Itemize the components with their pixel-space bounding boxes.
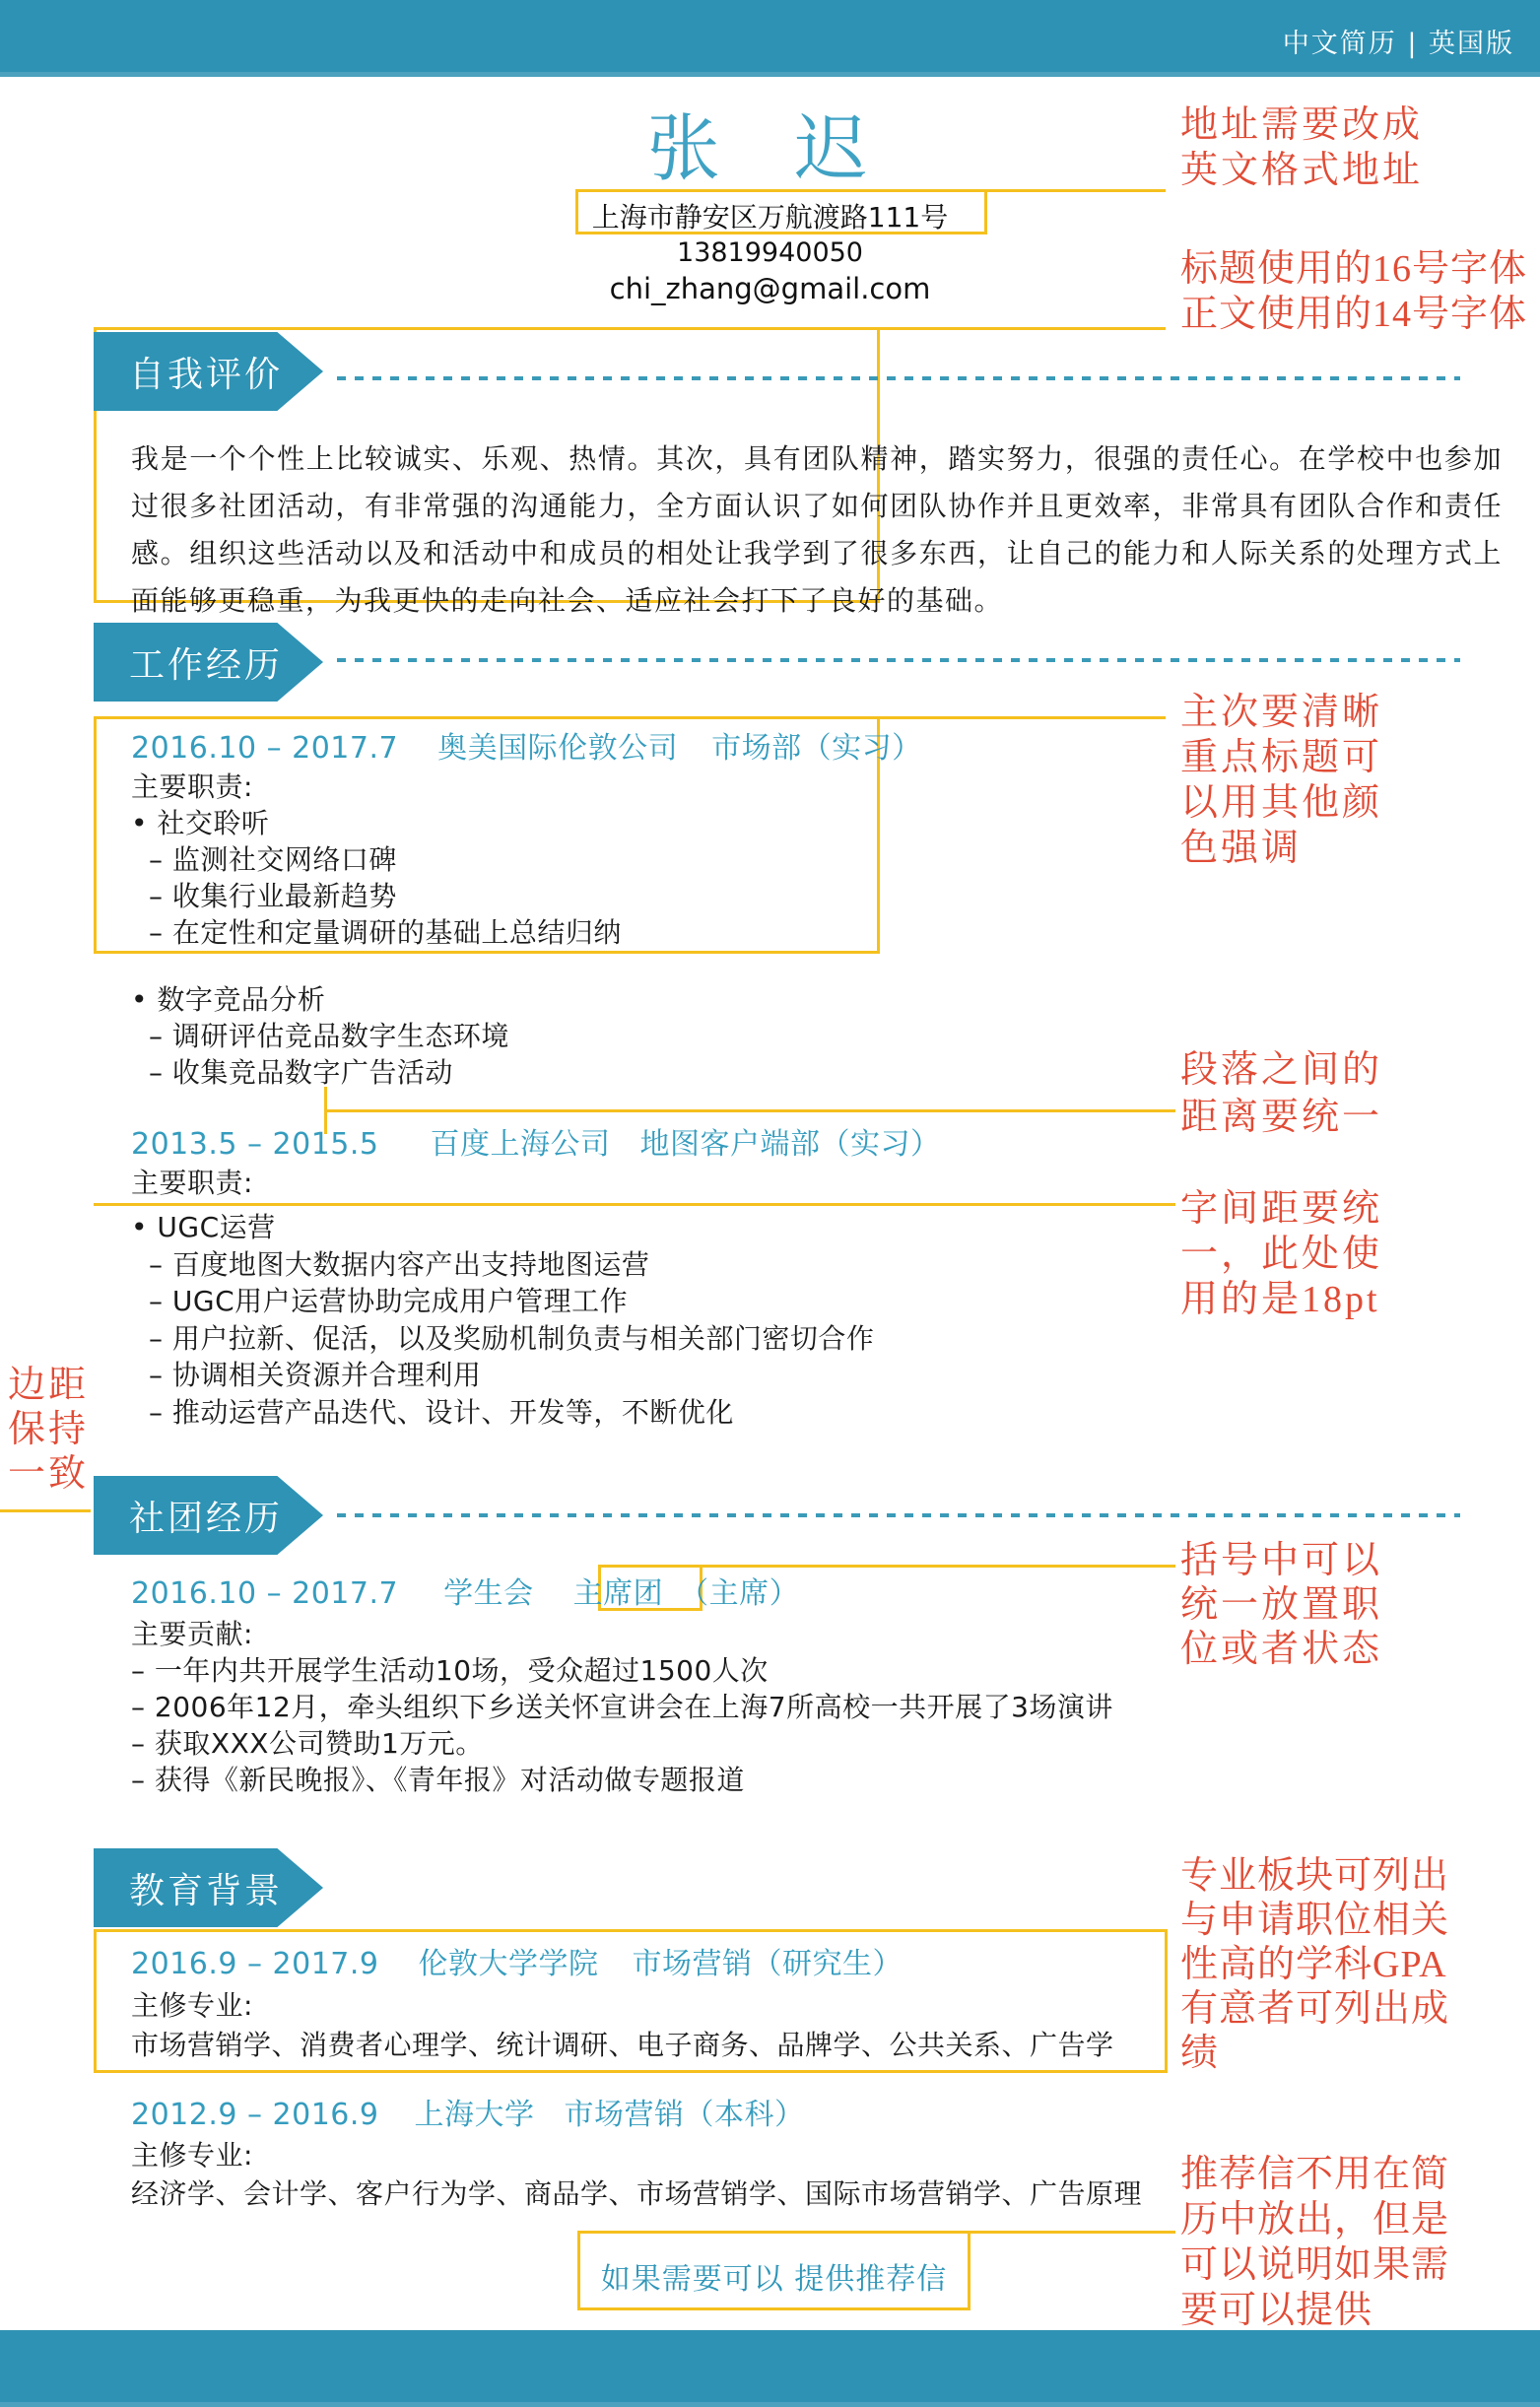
job2-sub-bullet: – UGC用户运营协助完成用户管理工作 xyxy=(131,1283,874,1320)
job2-sub-bullet: – 用户拉新、促活，以及奖励机制负责与相关部门密切合作 xyxy=(131,1320,874,1358)
job2-period: 2013.5 – 2015.5 xyxy=(131,1127,379,1162)
job1-sub-bullet: – 监测社交网络口碑 xyxy=(131,841,922,878)
edu1-major: 市场营销（研究生） xyxy=(633,1947,904,1981)
margin-note-connector xyxy=(0,1509,91,1512)
section-title: 教育背景 xyxy=(94,1863,283,1913)
banner-label: 中文简历 | 英国版 xyxy=(1283,22,1514,60)
job1-heading: 2016.10 – 2017.7奥美国际伦敦公司市场部（实习） xyxy=(131,729,922,769)
job1-block: 2016.10 – 2017.7奥美国际伦敦公司市场部（实习） 主要职责: • … xyxy=(131,729,922,951)
section-title: 社团经历 xyxy=(94,1491,283,1541)
reference-box-text: 如果需要可以 提供推荐信 xyxy=(577,2254,971,2298)
annotation-major: 专业板块可列出 与申请职位相关 性高的学科GPA 有意者可列出成 绩 xyxy=(1180,1854,1449,2076)
char-spacing-connector xyxy=(94,1203,1175,1206)
self-eval-body: 我是一个个性上比较诚实、乐观、热情。其次，具有团队精神，踏实努力，很强的责任心。… xyxy=(131,435,1503,625)
edu2-label: 主修专业: xyxy=(131,2136,1142,2175)
club-role: （主席） xyxy=(679,1576,799,1611)
job1-sub-bullet: – 在定性和定量调研的基础上总结归纳 xyxy=(131,914,922,951)
club-bullet: – 获得《新民晚报》、《青年报》对活动做专题报道 xyxy=(131,1762,1113,1798)
club-bullet: – 2006年12月，牵头组织下乡送关怀宣讲会在上海7所高校一共开展了3场演讲 xyxy=(131,1689,1113,1725)
section-header-self-eval: 自我评价 xyxy=(94,332,323,411)
edu2-courses: 经济学、会计学、客户行为学、商品学、市场营销学、国际市场营销学、广告原理 xyxy=(131,2175,1142,2213)
section-title: 自我评价 xyxy=(94,347,283,397)
job1-sub-bullet: – 收集竞品数字广告活动 xyxy=(131,1054,509,1091)
edu1-school: 伦敦大学学院 xyxy=(419,1947,599,1981)
address-line: 上海市静安区万航渡路111号 xyxy=(0,196,1540,235)
job1-bullet: • 数字竞品分析 xyxy=(131,981,509,1018)
self-eval-connector-line xyxy=(880,327,1166,330)
job1-sub-bullet: – 收集行业最新趋势 xyxy=(131,878,922,914)
job2-sub-bullet: – 百度地图大数据内容产出支持地图运营 xyxy=(131,1246,874,1284)
edu1-courses: 市场营销学、消费者心理学、统计调研、电子商务、品牌学、公共关系、广告学 xyxy=(131,2026,1114,2065)
job2-bullets: • UGC运营 – 百度地图大数据内容产出支持地图运营 – UGC用户运营协助完… xyxy=(131,1209,874,1431)
annotation-paragraph-spacing: 段落之间的 距离要统一 xyxy=(1180,1046,1382,1141)
section-header-work: 工作经历 xyxy=(94,623,323,702)
job2-sub-bullet: – 协调相关资源并合理利用 xyxy=(131,1357,874,1394)
club-heading: 2016.10 – 2017.7学生会主席团（主席） xyxy=(131,1572,1113,1616)
annotation-bracket: 括号中可以 统一放置职 位或者状态 xyxy=(1180,1539,1382,1672)
job2-block: 2013.5 – 2015.5百度上海公司地图客户端部（实习） 主要职责: xyxy=(131,1125,941,1201)
club-team: 主席团 xyxy=(573,1576,664,1611)
edu2-block: 2012.9 – 2016.9上海大学市场营销（本科） 主修专业: 经济学、会计… xyxy=(131,2095,1142,2213)
job1-label: 主要职责: xyxy=(131,769,922,805)
annotation-margin: 边距 保持 一致 xyxy=(8,1364,89,1497)
edu1-heading: 2016.9 – 2017.9伦敦大学学院市场营销（研究生） xyxy=(131,1943,1114,1986)
section-header-club: 社团经历 xyxy=(94,1476,323,1555)
club-block: 2016.10 – 2017.7学生会主席团（主席） 主要贡献: – 一年内共开… xyxy=(131,1572,1113,1798)
annotation-emphasis: 主次要清晰 重点标题可 以用其他颜 色强调 xyxy=(1180,690,1382,871)
paragraph-note-connector xyxy=(324,1109,1175,1112)
annotation-font-size: 标题使用的16号字体 正文使用的14号字体 xyxy=(1180,246,1527,337)
job2-heading: 2013.5 – 2015.5百度上海公司地图客户端部（实习） xyxy=(131,1125,941,1165)
edu2-period: 2012.9 – 2016.9 xyxy=(131,2098,379,2132)
address-connector-line xyxy=(985,189,1166,192)
top-banner-bar: 中文简历 | 英国版 xyxy=(0,0,1540,77)
job2-label: 主要职责: xyxy=(131,1165,941,1201)
job2-dept: 地图客户端部（实习） xyxy=(640,1127,941,1162)
club-bullet: – 获取XXX公司赞助1万元。 xyxy=(131,1725,1113,1762)
dashed-rule xyxy=(337,376,1460,380)
edu1-block: 2016.9 – 2017.9伦敦大学学院市场营销（研究生） 主修专业: 市场营… xyxy=(131,1943,1114,2065)
job2-bullet: • UGC运营 xyxy=(131,1209,874,1246)
section-title: 工作经历 xyxy=(94,637,283,688)
job1-dept: 市场部（实习） xyxy=(711,731,922,766)
job1-period: 2016.10 – 2017.7 xyxy=(131,731,398,766)
job1-company: 奥美国际伦敦公司 xyxy=(437,731,678,766)
job2-company: 百度上海公司 xyxy=(431,1127,611,1162)
edu2-major: 市场营销（本科） xyxy=(565,2098,805,2132)
annotation-reference: 推荐信不用在简 历中放出，但是 可以说明如果需 要可以提供 xyxy=(1180,2152,1449,2333)
club-bullet: – 一年内共开展学生活动10场，受众超过1500人次 xyxy=(131,1652,1113,1689)
job1-sub-bullet: – 调研评估竞品数字生态环境 xyxy=(131,1018,509,1054)
annotation-address: 地址需要改成 英文格式地址 xyxy=(1180,102,1423,193)
edu2-heading: 2012.9 – 2016.9上海大学市场营销（本科） xyxy=(131,2095,1142,2136)
resume-page: 中文简历 | 英国版 张 迟 上海市静安区万航渡路111号 1381994005… xyxy=(0,0,1540,2407)
club-period: 2016.10 – 2017.7 xyxy=(131,1576,398,1611)
job1-bullet: • 社交聆听 xyxy=(131,805,922,841)
job1-block2: • 数字竞品分析 – 调研评估竞品数字生态环境 – 收集竞品数字广告活动 xyxy=(131,981,509,1091)
bottom-banner-bar xyxy=(0,2330,1540,2407)
dashed-rule xyxy=(337,1513,1460,1517)
dashed-rule xyxy=(337,658,1460,662)
edu2-school: 上海大学 xyxy=(415,2098,535,2132)
section-header-edu: 教育背景 xyxy=(94,1848,323,1927)
reference-connector-line xyxy=(971,2231,1175,2234)
club-label: 主要贡献: xyxy=(131,1616,1113,1652)
club-org: 学生会 xyxy=(443,1576,534,1611)
edu1-label: 主修专业: xyxy=(131,1986,1114,2026)
job1-connector-line xyxy=(880,716,1166,719)
job2-sub-bullet: – 推动运营产品迭代、设计、开发等，不断优化 xyxy=(131,1394,874,1432)
annotation-char-spacing: 字间距要统 一，此处使 用的是18pt xyxy=(1180,1186,1382,1322)
edu1-period: 2016.9 – 2017.9 xyxy=(131,1947,379,1981)
bracket-note-connector xyxy=(703,1565,1175,1568)
